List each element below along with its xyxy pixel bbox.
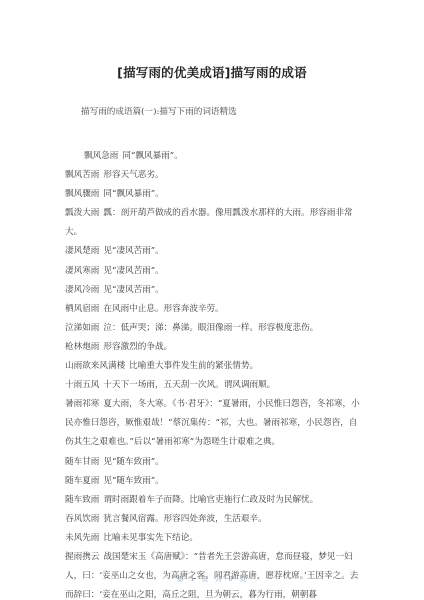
list-item: 随车夏雨见“随车致雨”。: [65, 472, 361, 491]
idiom-desc: 泣：低声哭；涕：鼻涕。眼泪像雨一样。形容极度悲伤。: [103, 323, 318, 333]
list-item: 瓢泼大雨瓢：剖开葫芦做成的舀水器。像用瓢泼水那样的大雨。形容雨非常大。: [65, 204, 361, 242]
list-item: 枪林炮雨形容激烈的争战。: [65, 338, 361, 357]
page-number: 1: [190, 575, 195, 583]
idiom-desc: 瓢：剖开葫芦做成的舀水器。像用瓢泼水那样的大雨。形容雨非常大。: [65, 208, 353, 237]
list-item: 随车致雨谓时雨跟着车子而降。比喻官吏施行仁政及时为民解忧。: [65, 491, 361, 510]
idiom-term: 凄风寒雨: [65, 266, 99, 276]
list-item: 泣涕如雨泣：低声哭；涕：鼻涕。眼泪像雨一样。形容极度悲伤。: [65, 319, 361, 338]
idiom-desc: 犹言餐风宿露。形容四处奔波，生活艰辛。: [103, 514, 266, 524]
idiom-desc: 比喻未见事实先下结论。: [103, 533, 198, 543]
idiom-list: 飘风急雨同“飘风暴雨”。 飘风苦雨形容天气恶劣。 飘风骤雨同“飘风暴雨”。 瓢泼…: [65, 147, 361, 600]
footer-total-prefix: 共: [215, 575, 223, 583]
page-total: 8: [229, 575, 234, 583]
idiom-desc: 见“随车致雨”。: [103, 457, 163, 467]
list-item: 飘风急雨同“飘风暴雨”。: [65, 147, 361, 166]
list-item: 飘风苦雨形容天气恶劣。: [65, 166, 361, 185]
idiom-term: 随车甘雨: [65, 457, 99, 467]
idiom-term: 栖风宿雨: [65, 304, 99, 314]
idiom-term: 飘风苦雨: [65, 170, 99, 180]
idiom-desc: 在风雨中止息。形容奔波辛劳。: [103, 304, 223, 314]
idiom-term: 山雨欲来风满楼: [65, 361, 125, 371]
idiom-term: 吞风饮雨: [65, 514, 99, 524]
page-title: [描写雨的优美成语]描写雨的成语: [0, 63, 424, 81]
list-item: 十雨五风十天下一场雨，五天刮一次风。谓风调雨顺。: [65, 376, 361, 395]
list-item: 栖风宿雨在风雨中止息。形容奔波辛劳。: [65, 300, 361, 319]
idiom-desc: 同“飘风暴雨”。: [122, 151, 182, 161]
idiom-term: 瓢泼大雨: [65, 208, 99, 218]
idiom-term: 凄风冷雨: [65, 285, 99, 295]
list-item: 山雨欲来风满楼比喻重大事件发生前的紧张情势。: [65, 357, 361, 376]
idiom-desc: 夏大雨，冬大寒。《书·君牙》：“夏暑雨，小民惟曰怨咨，冬祁寒，小民亦惟曰怨咨，厥…: [65, 399, 360, 447]
list-item: 凄风楚雨见“凄风苦雨”。: [65, 242, 361, 261]
idiom-desc: 同“飘风暴雨”。: [103, 189, 163, 199]
list-item: 凄风冷雨见“凄风苦雨”。: [65, 281, 361, 300]
idiom-term: 暑雨祁寒: [65, 399, 99, 409]
idiom-desc: 形容激烈的争战。: [103, 342, 172, 352]
footer-suffix: 页: [240, 575, 248, 583]
footer-prefix: 第: [177, 575, 185, 583]
idiom-desc: 见“凄风苦雨”。: [103, 285, 163, 295]
list-item: 吞风饮雨犹言餐风宿露。形容四处奔波，生活艰辛。: [65, 510, 361, 529]
idiom-term: 随车夏雨: [65, 476, 99, 486]
footer-mid: 页: [202, 575, 210, 583]
idiom-term: 泣涕如雨: [65, 323, 99, 333]
idiom-term: 飘风急雨: [84, 151, 118, 161]
page-footer: 第1页共8页: [0, 574, 424, 583]
idiom-term: 未风先雨: [65, 533, 99, 543]
idiom-desc: 见“随车致雨”。: [103, 476, 163, 486]
list-item: 未风先雨比喻未见事实先下结论。: [65, 529, 361, 548]
idiom-desc: 见“凄风苦雨”。: [103, 266, 163, 276]
list-item: 暑雨祁寒夏大雨，冬大寒。《书·君牙》：“夏暑雨，小民惟曰怨咨，冬祁寒，小民亦惟曰…: [65, 395, 361, 452]
section-subtitle: 描写雨的成语篇(一):描写下雨的词语精选: [81, 105, 237, 117]
idiom-term: 飘风骤雨: [65, 189, 99, 199]
idiom-term: 随车致雨: [65, 495, 99, 505]
idiom-desc: 十天下一场雨，五天刮一次风。谓风调雨顺。: [103, 380, 275, 390]
idiom-desc: 见“凄风苦雨”。: [103, 246, 163, 256]
idiom-term: 枪林炮雨: [65, 342, 99, 352]
idiom-desc: 谓时雨跟着车子而降。比喻官吏施行仁政及时为民解忧。: [103, 495, 318, 505]
idiom-term: 握雨携云: [65, 552, 99, 562]
list-item: 凄风寒雨见“凄风苦雨”。: [65, 262, 361, 281]
idiom-desc: 比喻重大事件发生前的紧张情势。: [129, 361, 258, 371]
idiom-term: 凄风楚雨: [65, 246, 99, 256]
list-item: 随车甘雨见“随车致雨”。: [65, 453, 361, 472]
idiom-desc: 形容天气恶劣。: [103, 170, 163, 180]
idiom-term: 十雨五风: [65, 380, 99, 390]
list-item: 飘风骤雨同“飘风暴雨”。: [65, 185, 361, 204]
